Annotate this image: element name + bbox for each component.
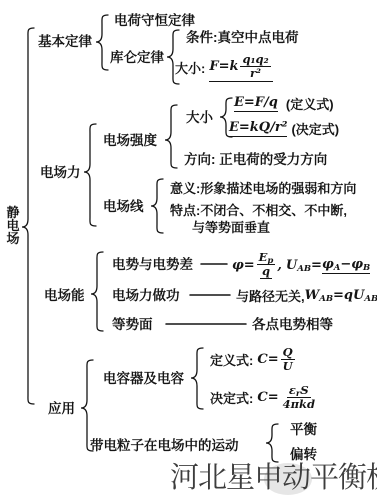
capacitance-decision-fraction: εrS 4πkd — [281, 384, 317, 411]
comma: , — [277, 258, 282, 273]
node-equipotential-surface: 等势面 — [112, 317, 153, 332]
magnitude-label: 大小: — [175, 58, 205, 77]
capacitance-definition-denominator: U — [281, 360, 295, 373]
formula-e-definition-tag: (定义式) — [286, 94, 334, 113]
field-lines-meaning-text: 意义:形象描述电场的强弱和方向 — [170, 181, 356, 196]
field-lines-feature-line2: 与等势面垂直 — [192, 220, 270, 235]
capacitance-decision-denominator: 4πkd — [281, 398, 317, 411]
field-force-brace — [84, 124, 96, 226]
strength-size-label: 大小 — [186, 110, 213, 125]
coulomb-formula-prefix: F=k — [209, 59, 238, 74]
capacitance-definition-fraction: Q U — [281, 346, 295, 373]
phi-fraction-denominator: q — [260, 265, 272, 279]
work-path-note: 与路径无关, — [236, 286, 305, 305]
strength-direction-text: 方向: 正电荷的受力方向 — [184, 152, 327, 167]
root-label: 静电场 — [5, 206, 21, 245]
watermark-text: 河北星申动平衡机 — [170, 462, 377, 494]
field-lines-feature-line1: 特点:不闭合、不相交、不中断, — [170, 203, 347, 218]
node-charged-particle-motion: 带电粒子在电场中的运动 — [90, 438, 239, 453]
node-field-lines: 电场线 — [103, 199, 144, 214]
node-coulomb-law: 库仑定律 — [110, 50, 164, 65]
concept-map-page: 静电场 基本定律 电荷守恒定律 库仑定律 条件:真空中点电荷 大小: F=k q… — [0, 0, 377, 500]
branch-basic-laws-label: 基本定律 — [38, 34, 92, 49]
phi-a-minus-phi-b: φA−φB — [322, 257, 370, 274]
phi-fraction: Ep q — [257, 251, 276, 279]
node-charge-conservation: 电荷守恒定律 — [114, 13, 195, 28]
coulomb-formula-underlined: F=k q₁q₂ r² — [209, 53, 272, 82]
branch-field-energy-label: 电场能 — [44, 288, 85, 303]
capacitance-definition-label: 定义式: — [210, 350, 253, 369]
formula-e-decision-row: E=kQ/r² (决定式) — [229, 120, 339, 136]
capacitance-decision-lhs: C= — [257, 390, 278, 405]
coulomb-fraction: q₁q₂ r² — [240, 53, 270, 80]
phi-equals: φ= — [232, 258, 255, 273]
w-ab-formula: WAB=qUAB — [305, 288, 377, 303]
capacitance-definition-numerator: Q — [281, 346, 295, 360]
field-energy-brace — [91, 252, 103, 331]
formula-e-definition-row: E=F/q (定义式) — [234, 95, 334, 111]
field-strength-brace — [165, 105, 177, 168]
particle-balance-text: 平衡 — [290, 422, 317, 437]
node-work-by-force: 电场力做功 — [112, 288, 180, 303]
formula-potential-row: φ= Ep q , UAB= φA−φB — [232, 250, 370, 280]
node-capacitor: 电容器及电容 — [103, 371, 184, 386]
capacitance-decision-numerator: εrS — [287, 384, 311, 398]
field-lines-brace — [151, 179, 163, 233]
capacitance-definition-lhs: C= — [257, 352, 278, 367]
formula-work-row: 与路径无关, WAB=qUAB — [236, 287, 377, 303]
capacitance-decision-label: 决定式: — [210, 388, 253, 407]
node-potential-difference: 电势与电势差 — [112, 257, 193, 272]
phi-fraction-numerator: Ep — [257, 251, 276, 265]
formula-e-decision: E=kQ/r² — [229, 120, 287, 137]
formula-capacitance-decision-row: 决定式: C= εrS 4πkd — [210, 382, 319, 412]
node-field-strength: 电场强度 — [103, 133, 157, 148]
root-brace — [22, 28, 34, 404]
coulomb-fraction-denominator: r² — [248, 67, 263, 80]
u-ab-term: UAB= — [286, 258, 322, 273]
particle-deflection-text: 偏转 — [290, 447, 317, 462]
branch-application-label: 应用 — [48, 401, 75, 416]
branch-field-force-label: 电场力 — [40, 165, 81, 180]
coulomb-magnitude-formula: 大小: F=k q₁q₂ r² — [175, 50, 273, 84]
formula-e-definition: E=F/q — [234, 95, 278, 112]
basic-laws-brace — [96, 15, 108, 70]
capacitor-brace — [191, 348, 203, 409]
coulomb-fraction-numerator: q₁q₂ — [240, 53, 270, 67]
coulomb-condition-text: 条件:真空中点电荷 — [186, 30, 299, 45]
particle-brace — [266, 424, 278, 462]
equipotential-note-text: 各点电势相等 — [252, 317, 333, 332]
formula-e-decision-tag: (决定式) — [291, 119, 339, 138]
formula-capacitance-definition-row: 定义式: C= Q U — [210, 344, 297, 374]
